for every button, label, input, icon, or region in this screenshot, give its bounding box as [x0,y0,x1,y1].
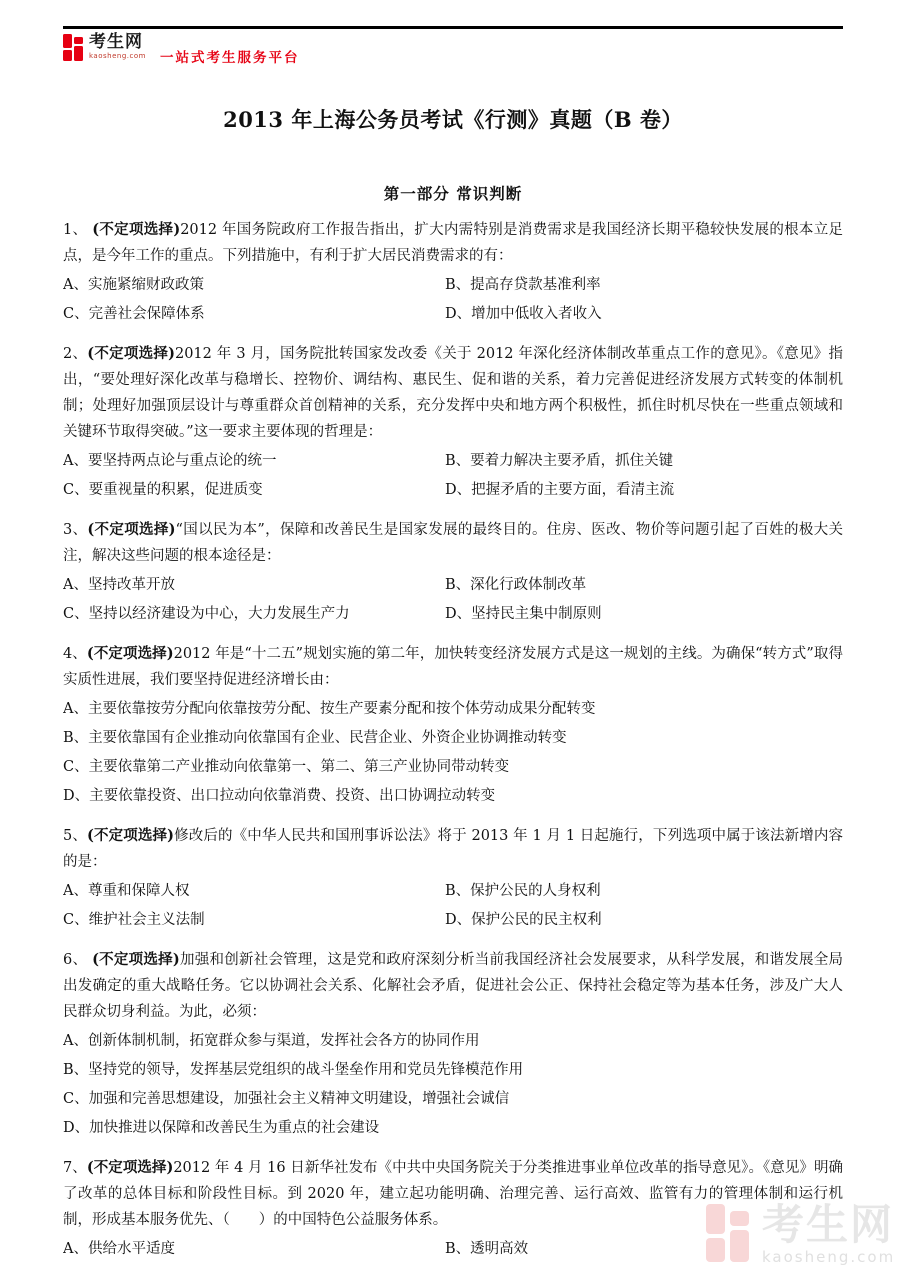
page-title: 2013 年上海公务员考试《行测》真题（B 卷） [63,106,843,134]
option-label: D、 [445,482,471,498]
option-text: 完善社会保障体系 [89,306,205,322]
option-text: 供给水平适度 [88,1241,175,1257]
question-block: 3、(不定项选择)“国以民为本”，保障和改善民生是国家发展的最终目的。住房、医改… [63,517,843,629]
kaosheng-logo-icon[interactable] [63,34,85,61]
question-block: 4、(不定项选择)2012 年是“十二五”规划实施的第二年，加快转变经济发展方式… [63,641,843,811]
question-text: “国以民为本”，保障和改善民生是国家发展的最终目的。住房、医改、物价等问题引起了… [63,522,843,564]
answer-option: C、完善社会保障体系 [63,300,445,329]
brand-text[interactable]: 考生网 kaosheng.com [89,34,146,60]
answer-option: A、供给水平适度 [63,1235,445,1264]
option-text: 维护社会主义法制 [89,912,205,928]
brand-name: 考生网 [89,34,146,51]
option-label: A、 [63,1241,88,1257]
question-block: 1、 (不定项选择)2012 年国务院政府工作报告指出，扩大内需特别是消费需求是… [63,217,843,329]
options: A、主要依靠按劳分配向依靠按劳分配、按生产要素分配和按个体劳动成果分配转变B、主… [63,695,843,811]
answer-option: A、坚持改革开放 [63,571,445,600]
option-label: C、 [63,759,89,775]
section-heading: 第一部分 常识判断 [63,184,843,204]
question-stem: 3、(不定项选择)“国以民为本”，保障和改善民生是国家发展的最终目的。住房、医改… [63,517,843,569]
question-number: 4、 [63,646,87,662]
question-stem: 2、(不定项选择)2012 年 3 月，国务院批转国家发改委《关于 2012 年… [63,341,843,445]
site-header: 考生网 kaosheng.com 一站式考生服务平台 [63,34,843,70]
option-label: A、 [63,453,88,469]
options: A、坚持改革开放B、深化行政体制改革C、坚持以经济建设为中心，大力发展生产力D、… [63,571,843,629]
answer-option: A、创新体制机制，拓宽群众参与渠道，发挥社会各方的协同作用 [63,1027,843,1056]
question-block: 2、(不定项选择)2012 年 3 月，国务院批转国家发改委《关于 2012 年… [63,341,843,505]
option-text: 保护公民的人身权利 [470,883,601,899]
question-type-tag: (不定项选择) [87,521,175,538]
answer-option: D、增加中低收入者收入 [445,300,843,329]
question-block: 6、 (不定项选择)加强和创新社会管理，这是党和政府深刻分析当前我国经济社会发展… [63,947,843,1143]
question-text: 2012 年 4 月 16 日新华社发布《中共中央国务院关于分类推进事业单位改革… [63,1160,843,1228]
answer-option: B、主要依靠国有企业推动向依靠国有企业、民营企业、外资企业协调推动转变 [63,724,843,753]
answer-option: A、实施紧缩财政政策 [63,271,445,300]
question-text: 2012 年国务院政府工作报告指出，扩大内需特别是消费需求是我国经济长期平稳较快… [63,222,843,264]
logo-block [74,46,83,61]
question-text: 2012 年 3 月，国务院批转国家发改委《关于 2012 年深化经济体制改革重… [63,346,843,440]
logo-block [63,50,72,61]
option-text: 主要依靠按劳分配向依靠按劳分配、按生产要素分配和按个体劳动成果分配转变 [88,701,596,717]
option-label: A、 [63,701,88,717]
question-text: 加强和创新社会管理，这是党和政府深刻分析当前我国经济社会发展要求，从科学发展，和… [63,952,843,1020]
option-label: C、 [63,912,89,928]
option-label: B、 [445,277,470,293]
options: A、要坚持两点论与重点论的统一B、要着力解决主要矛盾，抓住关键C、要重视量的积累… [63,447,843,505]
question-block: 5、(不定项选择)修改后的《中华人民共和国刑事诉讼法》将于 2013 年 1 月… [63,823,843,935]
option-label: A、 [63,1033,88,1049]
option-label: C、 [63,606,89,622]
answer-option: D、坚持民主集中制原则 [445,600,843,629]
brand-tagline: 一站式考生服务平台 [160,46,300,66]
option-label: B、 [445,577,470,593]
option-label: D、 [63,788,89,804]
option-label: A、 [63,277,88,293]
answer-option: A、主要依靠按劳分配向依靠按劳分配、按生产要素分配和按个体劳动成果分配转变 [63,695,843,724]
question-number: 7、 [63,1160,87,1176]
answer-option: B、深化行政体制改革 [445,571,843,600]
questions-list: 1、 (不定项选择)2012 年国务院政府工作报告指出，扩大内需特别是消费需求是… [63,217,843,1264]
option-label: B、 [445,883,470,899]
question-type-tag: (不定项选择) [87,645,174,662]
option-label: A、 [63,577,88,593]
answer-option: B、坚持党的领导，发挥基层党组织的战斗堡垒作用和党员先锋模范作用 [63,1056,843,1085]
question-text: 2012 年是“十二五”规划实施的第二年，加快转变经济发展方式是这一规划的主线。… [63,646,843,688]
option-text: 实施紧缩财政政策 [88,277,204,293]
option-text: 加快推进以保障和改善民生为重点的社会建设 [89,1120,379,1136]
option-text: 透明高效 [470,1241,528,1257]
option-label: B、 [63,730,88,746]
answer-option: B、要着力解决主要矛盾，抓住关键 [445,447,843,476]
question-block: 7、(不定项选择)2012 年 4 月 16 日新华社发布《中共中央国务院关于分… [63,1155,843,1264]
option-text: 要着力解决主要矛盾，抓住关键 [470,453,673,469]
question-number: 3、 [63,522,87,538]
answer-option: C、要重视量的积累，促进质变 [63,476,445,505]
answer-option: B、保护公民的人身权利 [445,877,843,906]
option-text: 主要依靠国有企业推动向依靠国有企业、民营企业、外资企业协调推动转变 [88,730,567,746]
answer-option: C、维护社会主义法制 [63,906,445,935]
question-type-tag: (不定项选择) [92,221,180,238]
answer-option: C、主要依靠第二产业推动向依靠第一、第二、第三产业协同带动转变 [63,753,843,782]
option-label: B、 [445,453,470,469]
option-text: 增加中低收入者收入 [471,306,602,322]
answer-option: D、保护公民的民主权利 [445,906,843,935]
answer-option: A、尊重和保障人权 [63,877,445,906]
option-label: D、 [445,306,471,322]
option-label: C、 [63,306,89,322]
answer-option: C、加强和完善思想建设，加强社会主义精神文明建设，增强社会诚信 [63,1085,843,1114]
option-text: 提高存贷款基准利率 [470,277,601,293]
option-label: B、 [63,1062,88,1078]
question-type-tag: (不定项选择) [87,827,174,844]
question-stem: 4、(不定项选择)2012 年是“十二五”规划实施的第二年，加快转变经济发展方式… [63,641,843,693]
answer-option: B、提高存贷款基准利率 [445,271,843,300]
question-type-tag: (不定项选择) [87,345,175,362]
option-label: D、 [445,606,471,622]
question-number: 5、 [63,828,87,844]
brand-domain: kaosheng.com [89,53,146,60]
answer-option: D、把握矛盾的主要方面，看清主流 [445,476,843,505]
question-stem: 5、(不定项选择)修改后的《中华人民共和国刑事诉讼法》将于 2013 年 1 月… [63,823,843,875]
option-text: 主要依靠第二产业推动向依靠第一、第二、第三产业协同带动转变 [89,759,510,775]
option-text: 深化行政体制改革 [470,577,586,593]
option-text: 坚持党的领导，发挥基层党组织的战斗堡垒作用和党员先锋模范作用 [88,1062,523,1078]
question-stem: 6、 (不定项选择)加强和创新社会管理，这是党和政府深刻分析当前我国经济社会发展… [63,947,843,1025]
question-type-tag: (不定项选择) [92,951,180,968]
options: A、尊重和保障人权B、保护公民的人身权利C、维护社会主义法制D、保护公民的民主权… [63,877,843,935]
answer-option: A、要坚持两点论与重点论的统一 [63,447,445,476]
options: A、实施紧缩财政政策B、提高存贷款基准利率C、完善社会保障体系D、增加中低收入者… [63,271,843,329]
header-divider [63,26,843,29]
option-label: C、 [63,1091,89,1107]
option-text: 主要依靠投资、出口拉动向依靠消费、投资、出口协调拉动转变 [89,788,495,804]
option-text: 坚持以经济建设为中心，大力发展生产力 [89,606,350,622]
option-label: D、 [445,912,471,928]
question-stem: 7、(不定项选择)2012 年 4 月 16 日新华社发布《中共中央国务院关于分… [63,1155,843,1233]
question-type-tag: (不定项选择) [87,1159,174,1176]
option-text: 坚持民主集中制原则 [471,606,602,622]
question-number: 6、 [63,952,92,968]
option-text: 保护公民的民主权利 [471,912,602,928]
answer-option: B、透明高效 [445,1235,843,1264]
option-text: 创新体制机制，拓宽群众参与渠道，发挥社会各方的协同作用 [88,1033,480,1049]
question-number: 2、 [63,346,87,362]
document-page: 考生网 kaosheng.com 一站式考生服务平台 2013 年上海公务员考试… [0,26,900,1264]
option-text: 加强和完善思想建设，加强社会主义精神文明建设，增强社会诚信 [89,1091,510,1107]
option-text: 尊重和保障人权 [88,883,190,899]
answer-option: D、主要依靠投资、出口拉动向依靠消费、投资、出口协调拉动转变 [63,782,843,811]
option-text: 要坚持两点论与重点论的统一 [88,453,277,469]
option-text: 把握矛盾的主要方面，看清主流 [471,482,674,498]
logo-block [74,37,83,44]
option-label: A、 [63,883,88,899]
answer-option: D、加快推进以保障和改善民生为重点的社会建设 [63,1114,843,1143]
option-label: C、 [63,482,89,498]
question-stem: 1、 (不定项选择)2012 年国务院政府工作报告指出，扩大内需特别是消费需求是… [63,217,843,269]
question-text: 修改后的《中华人民共和国刑事诉讼法》将于 2013 年 1 月 1 日起施行，下… [63,828,843,870]
answer-option: C、坚持以经济建设为中心，大力发展生产力 [63,600,445,629]
option-label: B、 [445,1241,470,1257]
logo-block [63,34,72,48]
option-label: D、 [63,1120,89,1136]
options: A、创新体制机制，拓宽群众参与渠道，发挥社会各方的协同作用B、坚持党的领导，发挥… [63,1027,843,1143]
question-number: 1、 [63,222,92,238]
options: A、供给水平适度B、透明高效 [63,1235,843,1264]
option-text: 坚持改革开放 [88,577,175,593]
option-text: 要重视量的积累，促进质变 [89,482,263,498]
